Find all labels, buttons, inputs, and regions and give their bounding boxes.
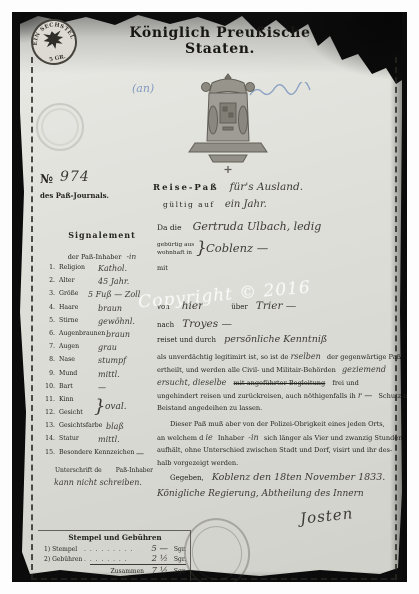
legitimation-line-1: als unverdächtig legitimirt ist, so ist …: [157, 353, 401, 361]
signalement-row-alter: 2. Alter 45 Jahr.: [40, 277, 170, 290]
kinn-gesicht-brace: }: [94, 396, 105, 417]
row-number: 7.: [40, 343, 55, 350]
row-label: Kinn: [59, 396, 74, 403]
row-number: 13.: [40, 422, 55, 429]
signalement-row-augenbraunen: 6. Augenbraunen braun: [40, 330, 170, 343]
row-label: Mund: [59, 370, 77, 377]
legit3-struck: mit angeführter Begleitung: [234, 379, 326, 387]
born-label-line1: gebürtig aus: [157, 241, 194, 249]
row-value: mittl.: [98, 370, 120, 379]
police2-c: sich länger als Vier und zwanzig Stunden: [264, 434, 403, 442]
fee-total-label: Zusammen: [111, 568, 144, 575]
holder-signature-label-a: Unterschrift de: [55, 467, 102, 474]
issued-line: Gegeben, Koblenz den 18ten November 1833…: [170, 473, 385, 483]
signalement-subtitle: der Paß-Inhaber -in: [52, 244, 152, 263]
fee-unit: Sgr.: [168, 556, 186, 563]
holder-signature-label-b: Paß-Inhaber: [116, 467, 153, 474]
police-paragraph-line-1: Dieser Paß muß aber von der Polizei-Obri…: [170, 421, 385, 428]
row-number: 4.: [40, 304, 55, 311]
holder-name-hand: Gertruda Ulbach, ledig: [193, 220, 322, 233]
signalement-row-stirne: 5. Stirne gewöhnl.: [40, 317, 170, 330]
row-value: Kathol.: [98, 264, 127, 273]
fee-row-gebuehren: 2) Gebühren . . . . . . . . 2 ½ Sgr.: [44, 554, 186, 564]
row-label: Gesichtsfarbe: [59, 422, 102, 429]
row-value: braun: [98, 304, 122, 313]
signalement-row-nase: 8. Nase stumpf: [40, 356, 170, 369]
fee-total-unit: Sgr.: [168, 568, 186, 575]
pass-number-sign: №: [40, 172, 53, 186]
signalement-row-kennzeichen: 15. Besondere Kennzeichen —: [40, 449, 170, 462]
row-label: Augenbraunen: [59, 330, 105, 337]
holder-signature-hand: kann nicht schreiben.: [54, 478, 142, 487]
signalement-row-bart: 10. Bart —: [40, 383, 170, 396]
ueber-hand: Trier —: [256, 300, 296, 312]
legit1-b: der gegenwärtige Paß: [327, 353, 401, 361]
row-label: Bart: [59, 383, 73, 390]
intro-printed: Da die: [157, 223, 182, 232]
holder-intro-line: Da die Gertruda Ulbach, ledig: [157, 215, 321, 234]
row-label: Augen: [59, 343, 79, 350]
pass-number-value: 974: [60, 169, 90, 185]
row-label: Religion: [59, 264, 85, 271]
row-number: 15.: [40, 449, 55, 456]
fee-dots: . . . . . . . .: [84, 556, 146, 563]
kinn-gesicht-value: oval.: [105, 402, 127, 412]
legitimation-line-3: ersucht, dieselbe mit angeführter Beglei…: [157, 379, 359, 387]
row-label: Besondere Kennzeichen: [59, 449, 134, 456]
row-number: 10.: [40, 383, 55, 390]
police2-hand: ie: [205, 433, 212, 442]
route-to-line: nach Troyes —: [157, 319, 232, 330]
police-paragraph-line-2: an welchem d ie Inhaber -in sich länger …: [157, 434, 402, 442]
row-label: Gesicht: [59, 409, 83, 416]
legit1-a: als unverdächtig legitimirt ist, so ist …: [157, 353, 288, 361]
fee-row-stempel: 1) Stempel . . . . . . . . . 5 — Sgr.: [44, 544, 186, 554]
row-number: 11.: [40, 396, 55, 403]
row-value: —: [136, 449, 144, 458]
photo-dark-background: EIN SECHSTEL THALER 5 GR. Königlich Preu…: [12, 12, 407, 582]
signalement-row-augen: 7. Augen grau: [40, 343, 170, 356]
row-value: grau: [98, 343, 117, 352]
row-number: 6.: [40, 330, 55, 337]
row-number: 8.: [40, 356, 55, 363]
row-value: —: [98, 383, 106, 392]
row-label: Statur: [59, 435, 79, 442]
row-value: braun: [106, 330, 130, 339]
row-value: mittl.: [98, 435, 120, 444]
fees-title: Stempel und Gebühren: [44, 533, 186, 542]
pass-validity-line: gültig auf ein Jahr.: [163, 192, 267, 211]
signalement-row-mund: 9. Mund mittl.: [40, 370, 170, 383]
authority-line: Königliche Regierung, Abtheilung des Inn…: [157, 489, 364, 499]
legit3-b: frei und: [332, 379, 358, 387]
fee-value: 2 ½: [146, 554, 168, 564]
fee-unit: Sgr.: [168, 546, 186, 553]
reiset-printed: reiset und durch: [157, 336, 216, 344]
row-number: 5.: [40, 317, 55, 324]
legitimation-line-4: ungehindert reisen und zurückreisen, auc…: [157, 392, 407, 400]
sechstel-thaler-stamp-icon: EIN SECHSTEL THALER 5 GR.: [26, 14, 83, 71]
fee-label: 1) Stempel: [44, 546, 84, 553]
row-number: 1.: [40, 264, 55, 271]
fee-total-row: Zusammen 7 ½ Sgr.: [90, 564, 186, 576]
row-number: 2.: [40, 277, 55, 284]
row-label: Größe: [59, 290, 78, 297]
legit2-hand: geziemend: [342, 365, 386, 374]
signalement-row-religion: 1. Religion Kathol.: [40, 264, 170, 277]
row-label: Stirne: [59, 317, 78, 324]
nach-hand: Troyes —: [182, 318, 232, 330]
validity-printed: gültig auf: [163, 200, 215, 209]
police-paragraph-line-4: halb vorgezeigt werden.: [157, 460, 238, 467]
blue-pencil-note: (an): [132, 82, 154, 95]
pass-journal-label: des Paß-Journals.: [40, 191, 109, 200]
prussian-coat-of-arms: [183, 73, 273, 177]
signalement-subtitle-hand: -in: [126, 252, 136, 261]
legit4-b: Schutz und: [378, 392, 407, 400]
born-label: gebürtig aus wohnhaft in: [157, 241, 194, 257]
reiset-hand: persönliche Kenntniß: [224, 334, 327, 345]
row-number: 12.: [40, 409, 55, 416]
legit3-hand: ersucht, dieselbe: [157, 378, 226, 387]
passport-photo: EIN SECHSTEL THALER 5 GR. Königlich Preu…: [0, 0, 419, 594]
police2-hand2: -in: [248, 433, 258, 442]
issued-hand: Koblenz den 18ten November 1833.: [212, 472, 385, 483]
row-number: 14.: [40, 435, 55, 442]
signalement-subtitle-printed: der Paß-Inhaber: [68, 253, 122, 261]
police-paragraph-line-3: aufhält, ohne Unterschied zwischen Stadt…: [157, 447, 392, 454]
fee-dots: . . . . . . . . .: [84, 546, 146, 553]
nach-label: nach: [157, 321, 174, 329]
office-stamp-inner-ring: [187, 521, 247, 582]
legit2-a: ertheilt, und werden alle Civil- und Mil…: [157, 366, 336, 374]
legit4-a: ungehindert reisen und zurückreisen, auc…: [157, 392, 356, 400]
travel-reason-line: reiset und durch persönliche Kenntniß: [157, 335, 327, 345]
fee-label: 2) Gebühren: [44, 556, 84, 563]
row-value: 45 Jahr.: [98, 277, 129, 286]
police2-b: Inhaber: [218, 434, 244, 442]
row-number: 3.: [40, 290, 55, 297]
holder-signature-label: Unterschrift de Paß-Inhaber: [45, 467, 163, 474]
row-label: Alter: [59, 277, 75, 284]
row-value: 5 Fuß — Zoll: [88, 290, 140, 299]
row-label: Haare: [59, 304, 78, 311]
row-value: blaß: [106, 422, 124, 431]
row-value: gewöhnl.: [98, 317, 135, 326]
legit1-hand: rselben: [291, 352, 321, 361]
fee-value: 5 —: [146, 544, 168, 554]
validity-handwritten: ein Jahr.: [225, 199, 267, 210]
row-label: Nase: [59, 356, 75, 363]
embossed-seal: [36, 103, 84, 151]
row-number: 9.: [40, 370, 55, 377]
signalement-row-statur: 14. Statur mittl.: [40, 435, 170, 448]
fee-total-value: 7 ½: [144, 566, 168, 576]
issued-printed: Gegeben,: [170, 474, 204, 482]
signalement-row-gesichtsfarbe: 13. Gesichtsfarbe blaß: [40, 422, 170, 435]
origin-place-hand: Coblenz —: [206, 241, 268, 255]
row-value: stumpf: [98, 356, 126, 365]
legitimation-line-5: Beistand angedeihen zu lassen.: [157, 405, 262, 412]
legit4-hand: r —: [358, 391, 372, 400]
document-title: Königlich Preußische Staaten.: [100, 25, 340, 57]
born-label-line2: wohnhaft in: [157, 249, 194, 257]
fees-box: Stempel und Gebühren 1) Stempel . . . . …: [38, 530, 191, 581]
signalement-title: Signalement: [52, 230, 152, 240]
police2-a: an welchem d: [157, 434, 203, 442]
mit-label: mit: [157, 264, 168, 272]
legitimation-line-2: ertheilt, und werden alle Civil- und Mil…: [157, 366, 386, 374]
